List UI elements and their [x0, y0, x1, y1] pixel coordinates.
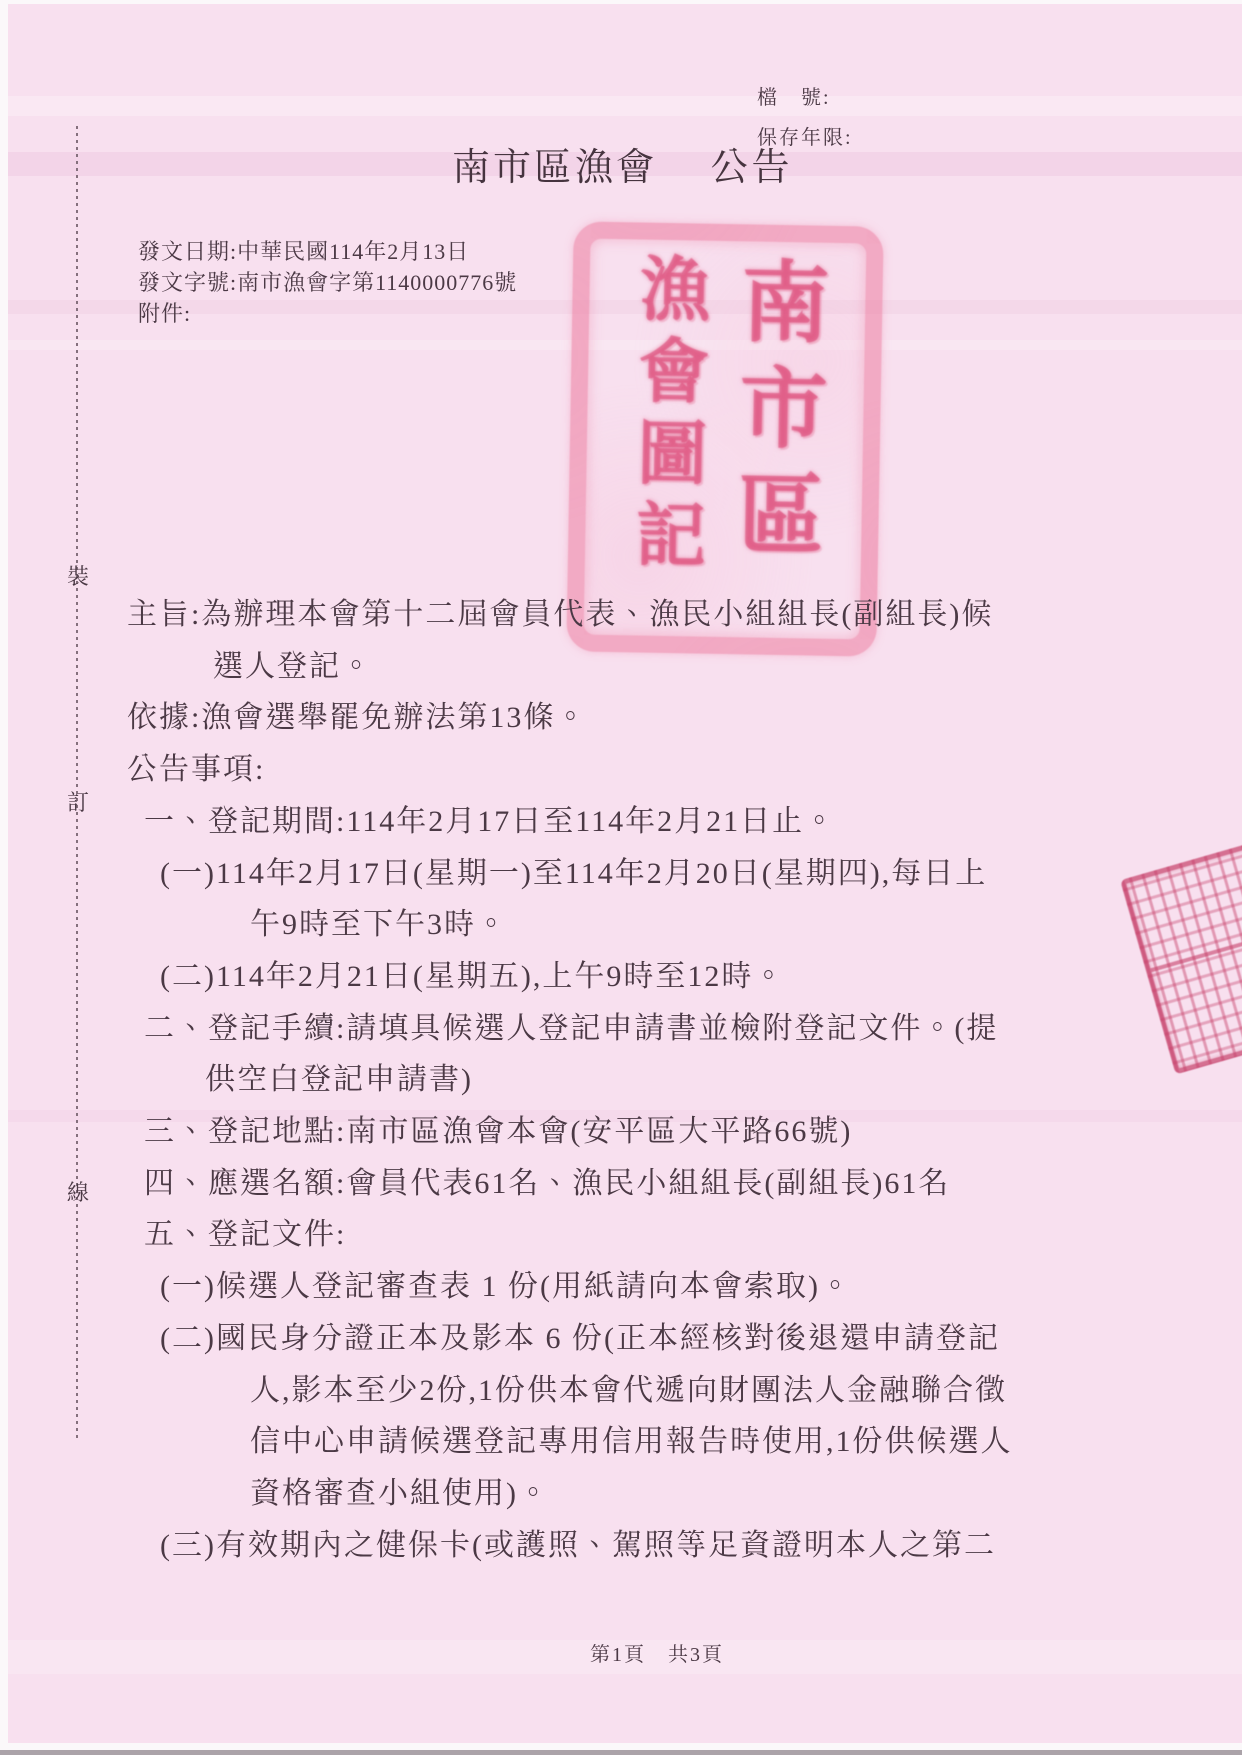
body-line: 公告事項:: [8, 744, 1242, 796]
seal-left-column: 漁會圖記: [613, 251, 720, 581]
seal-right-column: 南市區: [709, 255, 841, 575]
announcement-body: 主旨:為辦理本會第十二屆會員代表、漁民小組組長(副組長)候 選人登記。 依據:漁…: [8, 589, 1242, 1571]
document-title: 南市區漁會 公告: [452, 136, 793, 191]
scan-bottom-edge: [0, 1750, 1242, 1755]
scan-streak: [8, 96, 1242, 116]
body-line: (一)114年2月17日(星期一)至114年2月20日(星期四),每日上: [8, 848, 1242, 900]
body-line: 選人登記。: [8, 641, 1242, 693]
body-line: 資格審查小組使用)。: [8, 1468, 1242, 1520]
body-line: 四、應選名額:會員代表61名、漁民小組組長(副組長)61名: [8, 1158, 1242, 1210]
body-line: (一)候選人登記審查表 1 份(用紙請向本會索取)。: [8, 1261, 1242, 1313]
attachment-label: 附件:: [138, 298, 517, 329]
page-footer: 第1頁 共3頁: [590, 1638, 724, 1667]
body-line: 供空白登記申請書): [8, 1054, 1242, 1106]
body-line: 依據:漁會選舉罷免辦法第13條。: [8, 692, 1242, 744]
document-meta: 發文日期:中華民國114年2月13日 發文字號:南市漁會字第1140000776…: [138, 236, 517, 329]
body-line: 二、登記手續:請填具候選人登記申請書並檢附登記文件。(提: [8, 1003, 1242, 1055]
issue-date: 發文日期:中華民國114年2月13日: [138, 236, 517, 267]
scan-canvas: 檔 號: 保存年限: 南市區漁會 公告 發文日期:中華民國114年2月13日 發…: [0, 0, 1242, 1755]
doc-number: 發文字號:南市漁會字第1140000776號: [138, 267, 517, 298]
body-line: (三)有效期內之健保卡(或護照、駕照等足資證明本人之第二: [8, 1520, 1242, 1572]
body-line: 信中心申請候選登記專用信用報告時使用,1份供候選人: [8, 1416, 1242, 1468]
binding-mark-zhuang: 裝: [65, 560, 91, 591]
body-line: 主旨:為辦理本會第十二屆會員代表、漁民小組組長(副組長)候: [8, 589, 1242, 641]
body-line: 午9時至下午3時。: [8, 899, 1242, 951]
file-number-label: 檔 號:: [757, 78, 853, 118]
body-line: 三、登記地點:南市區漁會本會(安平區大平路66號): [8, 1106, 1242, 1158]
body-line: (二)114年2月21日(星期五),上午9時至12時。: [8, 951, 1242, 1003]
body-line: 一、登記期間:114年2月17日至114年2月21日止。: [8, 796, 1242, 848]
document-page: 檔 號: 保存年限: 南市區漁會 公告 發文日期:中華民國114年2月13日 發…: [8, 4, 1242, 1743]
body-line: 五、登記文件:: [8, 1209, 1242, 1261]
body-line: 人,影本至少2份,1份供本會代遞向財團法人金融聯合徵: [8, 1365, 1242, 1417]
body-line: (二)國民身分證正本及影本 6 份(正本經核對後退還申請登記: [8, 1313, 1242, 1365]
